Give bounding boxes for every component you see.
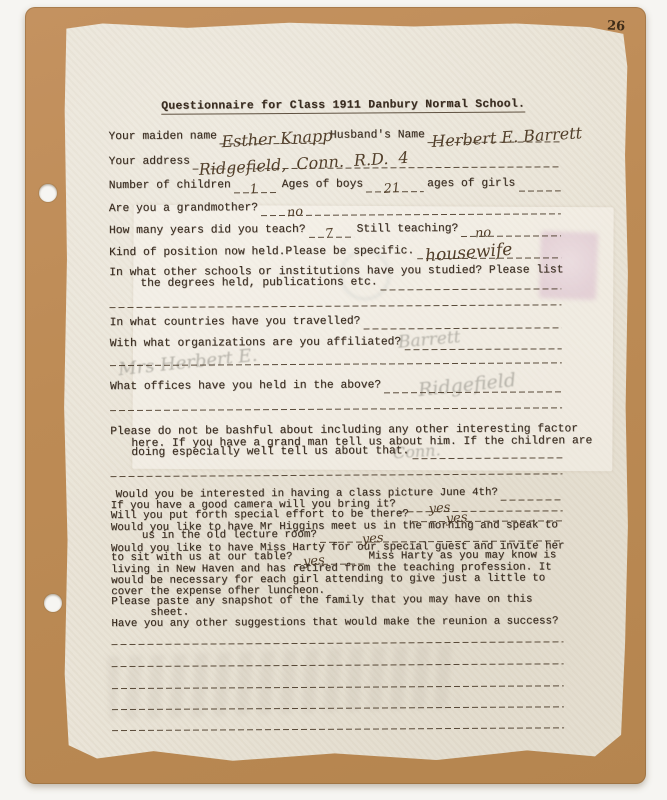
field-label: Number of children — [109, 180, 234, 194]
blank-line — [109, 288, 564, 308]
field-underline: housewife — [417, 241, 561, 259]
handwritten-value: no — [475, 226, 492, 240]
handwritten-value: Herbert E. Barrett — [431, 125, 582, 150]
handwritten-value: 21 — [384, 182, 401, 196]
blank-line — [112, 669, 567, 689]
field-underline: 21 — [366, 175, 424, 192]
field-underline: Esther Knapp — [220, 127, 327, 145]
field-underline: no — [461, 219, 561, 237]
field-label: Husband's Name — [330, 130, 428, 144]
field-underline: Herbert E. Barrett — [428, 125, 561, 143]
field-children: Number of children 1 Ages of boys 21 age… — [109, 174, 564, 194]
field-underline — [112, 647, 564, 667]
field-underline — [112, 669, 564, 689]
field-label: Your maiden name — [108, 131, 220, 145]
blank-line — [112, 711, 567, 731]
field-countries: In what countries have you travelled? — [110, 311, 565, 331]
typed-content: Questionnaire for Class 1911 Danbury Nor… — [61, 20, 632, 764]
field-underline — [109, 288, 561, 308]
field-underline: no — [261, 197, 561, 216]
blank-line — [111, 625, 566, 645]
field-underline: 1 — [234, 176, 279, 193]
field-address: Your address Ridgefield, Conn. R.D. 4 — [109, 150, 564, 170]
field-label: ages of girls — [427, 178, 518, 192]
field-underline — [112, 711, 564, 731]
field-grandmother: Are you a grandmother? no — [109, 197, 564, 217]
handwritten-value: Ridgefield, Conn. R.D. 4 — [199, 150, 410, 178]
blank-line — [112, 690, 567, 710]
field-underline — [112, 690, 564, 710]
field-label: Are you a grandmother? — [109, 203, 261, 217]
field-underline — [110, 346, 562, 366]
blank-line — [112, 647, 567, 667]
field-underline: Ridgefield, Conn. R.D. 4 — [193, 150, 561, 169]
field-underline — [363, 311, 561, 329]
scanned-page: 26 Mrs Herbert E. Barrett Ridgefield Con… — [0, 0, 667, 800]
field-maiden-name: Your maiden name Esther Knapp Husband's … — [108, 125, 563, 145]
field-underline — [518, 174, 561, 191]
field-underline — [110, 457, 562, 477]
handwritten-value: no — [287, 205, 304, 219]
field-years-taught: How many years did you teach? 7 Still te… — [109, 219, 564, 239]
handwritten-value: 7 — [324, 227, 333, 241]
field-label: How many years did you teach? — [109, 225, 309, 240]
punch-hole-top — [39, 184, 57, 202]
field-label: Your address — [109, 156, 193, 170]
field-position: Kind of position now held.Please be spec… — [109, 241, 564, 261]
field-label: Kind of position now held.Please be spec… — [109, 246, 417, 261]
document-title: Questionnaire for Class 1911 Danbury Nor… — [161, 99, 525, 115]
handwritten-value: 1 — [249, 183, 258, 197]
field-label: Ages of boys — [282, 179, 366, 193]
questionnaire-sheet: Mrs Herbert E. Barrett Ridgefield Conn. … — [63, 22, 629, 763]
field-underline — [111, 625, 563, 645]
handwritten-value: housewife — [425, 242, 513, 266]
blank-line — [110, 391, 565, 411]
blank-line — [110, 457, 565, 477]
field-label: In what countries have you travelled? — [110, 316, 364, 331]
blank-line — [110, 346, 565, 366]
punch-hole-bottom — [44, 594, 62, 612]
field-underline — [110, 391, 562, 411]
handwritten-value: Esther Knapp — [222, 128, 334, 150]
field-underline: 7 — [309, 221, 354, 238]
field-label: Still teaching? — [357, 224, 462, 238]
